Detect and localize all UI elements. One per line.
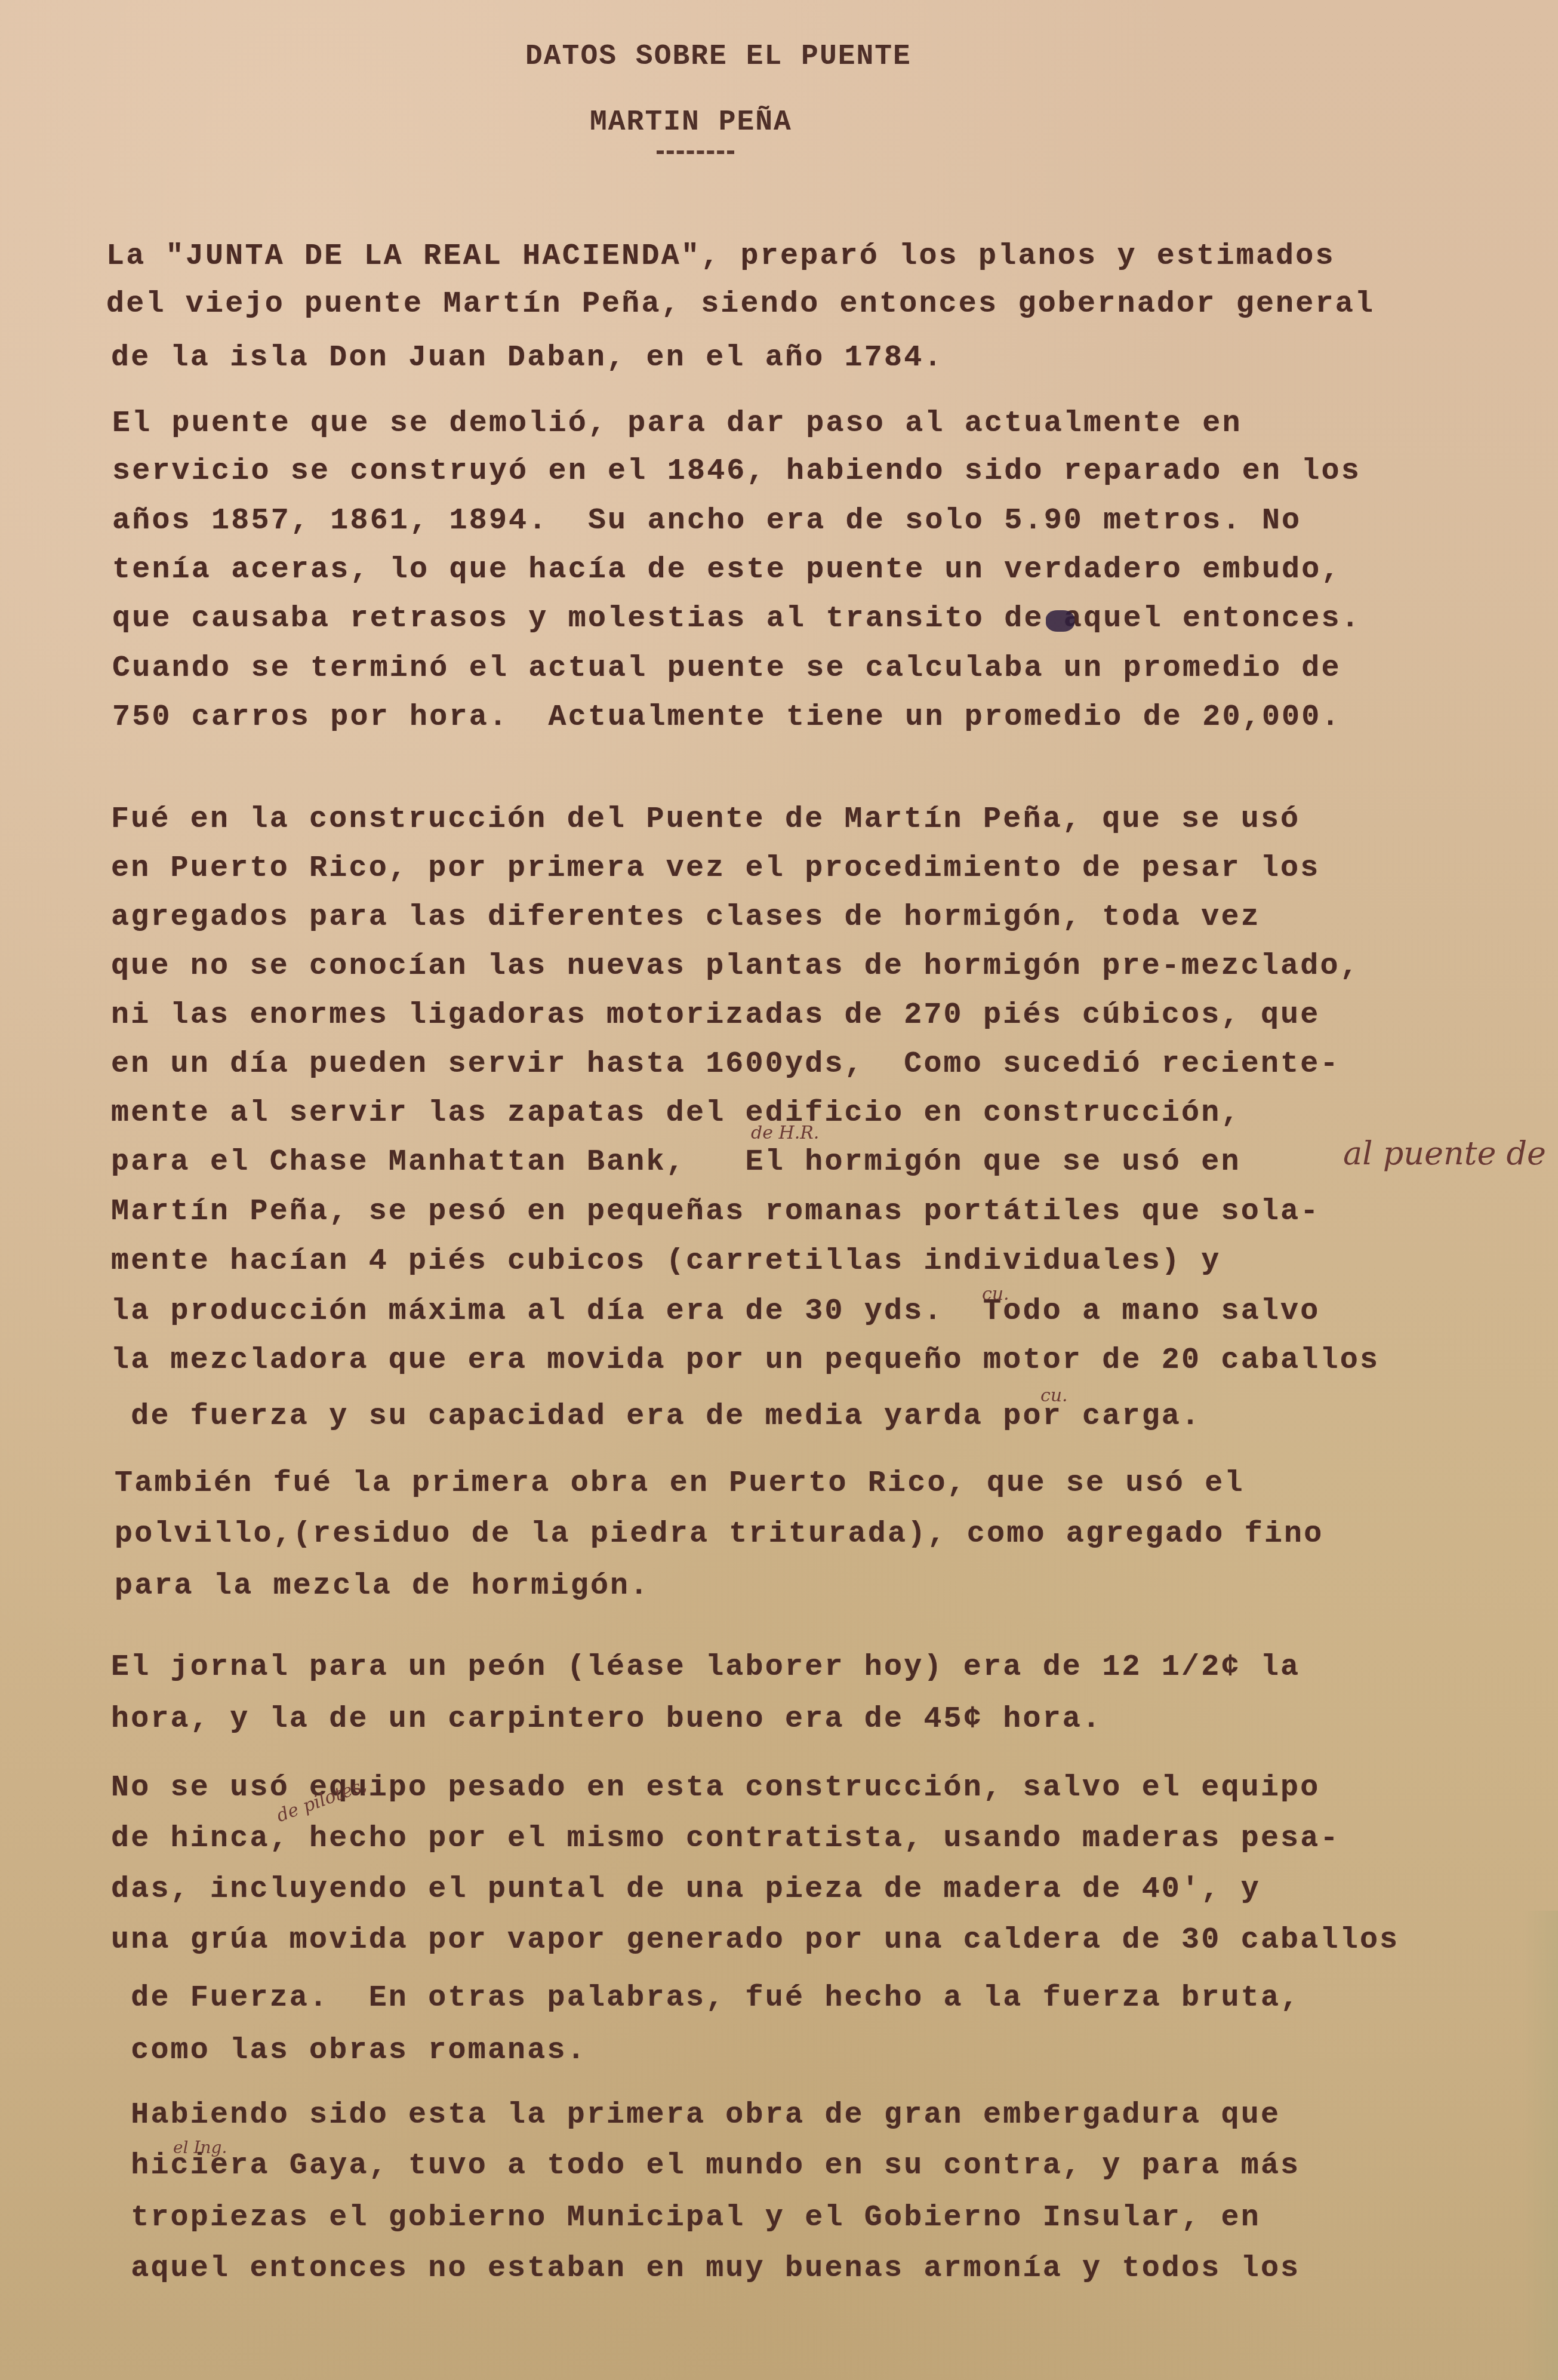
text-line: en un día pueden servir hasta 1600yds, C… xyxy=(111,1050,1340,1080)
text-line: tropiezas el gobierno Municipal y el Gob… xyxy=(111,2203,1261,2233)
handwritten-margin-note: al puente de xyxy=(1343,1134,1546,1172)
text-line: Martín Peña, se pesó en pequeñas romanas… xyxy=(111,1197,1320,1227)
handwritten-annotation-ing: el Ing. xyxy=(173,2138,227,2157)
text-line: en Puerto Rico, por primera vez el proce… xyxy=(111,854,1320,884)
handwritten-annotation-yds: cu. xyxy=(982,1284,1009,1305)
text-line: que causaba retrasos y molestias al tran… xyxy=(112,604,1361,634)
paper-edge-shadow xyxy=(1522,1911,1558,2380)
text-line: También fué la primera obra en Puerto Ri… xyxy=(115,1469,1245,1499)
text-line: aquel entonces no estaban en muy buenas … xyxy=(111,2254,1300,2284)
handwritten-annotation-bank: de H.R. xyxy=(751,1123,819,1143)
text-line: de fuerza y su capacidad era de media ya… xyxy=(111,1402,1201,1432)
text-line: ni las enormes ligadoras motorizadas de … xyxy=(111,1001,1320,1031)
text-line: para el Chase Manhattan Bank, El hormigó… xyxy=(111,1148,1241,1177)
text-line: del viejo puente Martín Peña, siendo ent… xyxy=(106,290,1375,319)
text-line: tenía aceras, lo que hacía de este puent… xyxy=(112,555,1341,585)
handwritten-annotation-carga: cu. xyxy=(1040,1385,1068,1406)
text-line: servicio se construyó en el 1846, habien… xyxy=(112,457,1361,487)
document-subtitle: MARTIN PEÑA xyxy=(590,106,792,139)
text-line: mente al servir las zapatas del edificio… xyxy=(111,1099,1241,1128)
text-line: que no se conocían las nuevas plantas de… xyxy=(111,952,1360,982)
text-line: No se usó equipo pesado en esta construc… xyxy=(111,1773,1320,1803)
document-title: DATOS SOBRE EL PUENTE xyxy=(525,41,912,73)
text-line: la producción máxima al día era de 30 yd… xyxy=(111,1297,1320,1327)
text-line: mente hacían 4 piés cubicos (carretillas… xyxy=(111,1247,1221,1277)
ink-correction-blot xyxy=(1046,610,1074,632)
text-line: das, incluyendo el puntal de una pieza d… xyxy=(111,1875,1261,1905)
text-line: Habiendo sido esta la primera obra de gr… xyxy=(111,2101,1280,2130)
title-underline-rule xyxy=(657,150,734,159)
text-line: para la mezcla de hormigón. xyxy=(115,1572,650,1601)
text-line: de hinca, hecho por el mismo contratista… xyxy=(111,1824,1340,1854)
text-line: El puente que se demolió, para dar paso … xyxy=(112,409,1242,439)
text-line: años 1857, 1861, 1894. Su ancho era de s… xyxy=(112,506,1301,536)
text-line: La "JUNTA DE LA REAL HACIENDA", preparó … xyxy=(106,242,1335,272)
text-line: agregados para las diferentes clases de … xyxy=(111,903,1261,933)
text-line: hora, y la de un carpintero bueno era de… xyxy=(111,1705,1102,1735)
text-line: la mezcladora que era movida por un pequ… xyxy=(111,1346,1380,1376)
text-line: de la isla Don Juan Daban, en el año 178… xyxy=(111,343,944,373)
text-line: de Fuerza. En otras palabras, fué hecho … xyxy=(111,1984,1300,2013)
text-line: hiciera Gaya, tuvo a todo el mundo en su… xyxy=(111,2151,1300,2181)
text-line: como las obras romanas. xyxy=(111,2036,587,2066)
text-line: El jornal para un peón (léase laborer ho… xyxy=(111,1653,1300,1683)
text-line: Cuando se terminó el actual puente se ca… xyxy=(112,654,1341,684)
text-line: una grúa movida por vapor generado por u… xyxy=(111,1926,1399,1955)
text-line: 750 carros por hora. Actualmente tiene u… xyxy=(112,703,1341,733)
text-line: polvillo,(residuo de la piedra triturada… xyxy=(115,1520,1324,1549)
text-line: Fué en la construcción del Puente de Mar… xyxy=(111,805,1300,835)
